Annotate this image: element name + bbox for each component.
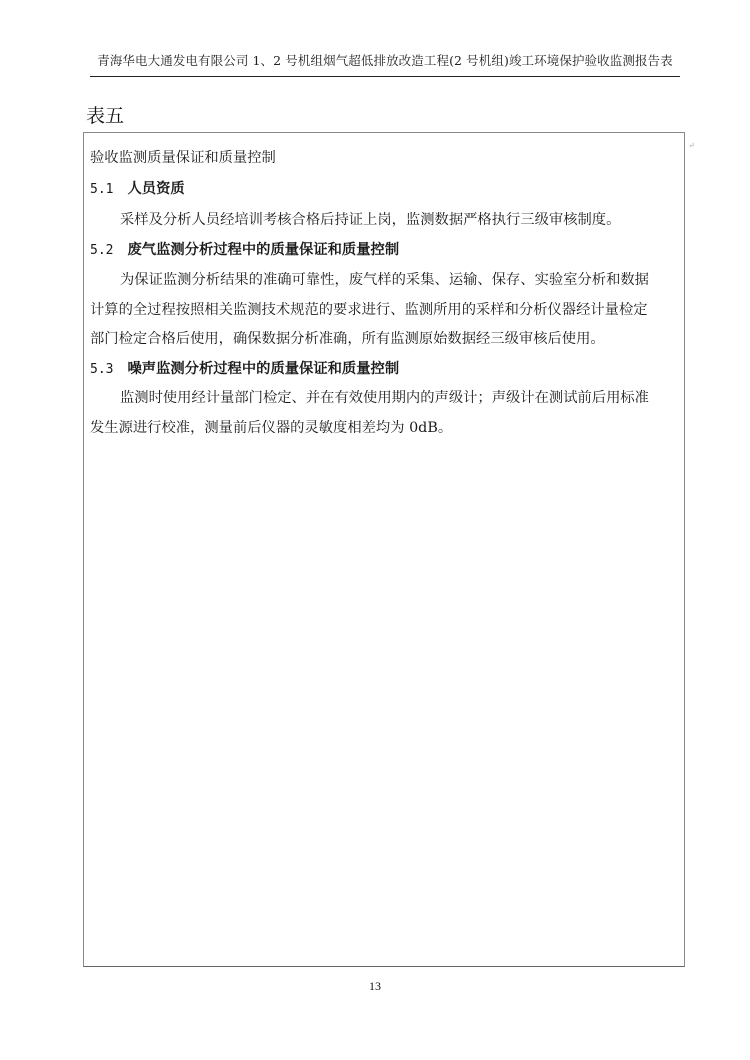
paragraph-line: 计算的全过程按照相关监测技术规范的要求进行、监测所用的采样和分析仪器经计量检定 — [90, 299, 648, 319]
paragraph-line: 部门检定合格后使用，确保数据分析准确，所有监测原始数据经三级审核后使用。 — [90, 328, 605, 348]
subsection-number: 5.3 — [90, 362, 113, 377]
subsection-number: 5.2 — [90, 243, 113, 258]
subsection-title: 人员资质 — [127, 181, 184, 197]
content-box: 验收监测质量保证和质量控制 5.1人员资质 采样及分析人员经培训考核合格后持证上… — [83, 132, 685, 967]
subsection-heading-5-1: 5.1人员资质 — [90, 178, 185, 198]
paragraph-mark-icon: ↵ — [688, 141, 695, 150]
paragraph-line: 采样及分析人员经培训考核合格后持证上岗，监测数据严格执行三级审核制度。 — [120, 209, 620, 229]
subsection-heading-5-3: 5.3噪声监测分析过程中的质量保证和质量控制 — [90, 358, 399, 378]
subsection-heading-5-2: 5.2废气监测分析过程中的质量保证和质量控制 — [90, 239, 399, 259]
subsection-title: 废气监测分析过程中的质量保证和质量控制 — [127, 242, 399, 258]
subsection-number: 5.1 — [90, 182, 113, 197]
paragraph-line: 为保证监测分析结果的准确可靠性，废气样的采集、运输、保存、实验室分析和数据 — [120, 269, 649, 289]
header-rule — [90, 76, 680, 77]
page-number: 13 — [0, 979, 750, 994]
section-title: 验收监测质量保证和质量控制 — [90, 147, 276, 167]
subsection-title: 噪声监测分析过程中的质量保证和质量控制 — [127, 361, 399, 377]
table-title: 表五 — [86, 101, 124, 128]
paragraph-line: 监测时使用经计量部门检定、并在有效使用期内的声级计；声级计在测试前后用标准 — [120, 387, 649, 407]
paragraph-line: 发生源进行校准，测量前后仪器的灵敏度相差均为 0dB。 — [90, 417, 452, 437]
page-header: 青海华电大通发电有限公司 1、2 号机组烟气超低排放改造工程(2 号机组)竣工环… — [90, 51, 680, 69]
